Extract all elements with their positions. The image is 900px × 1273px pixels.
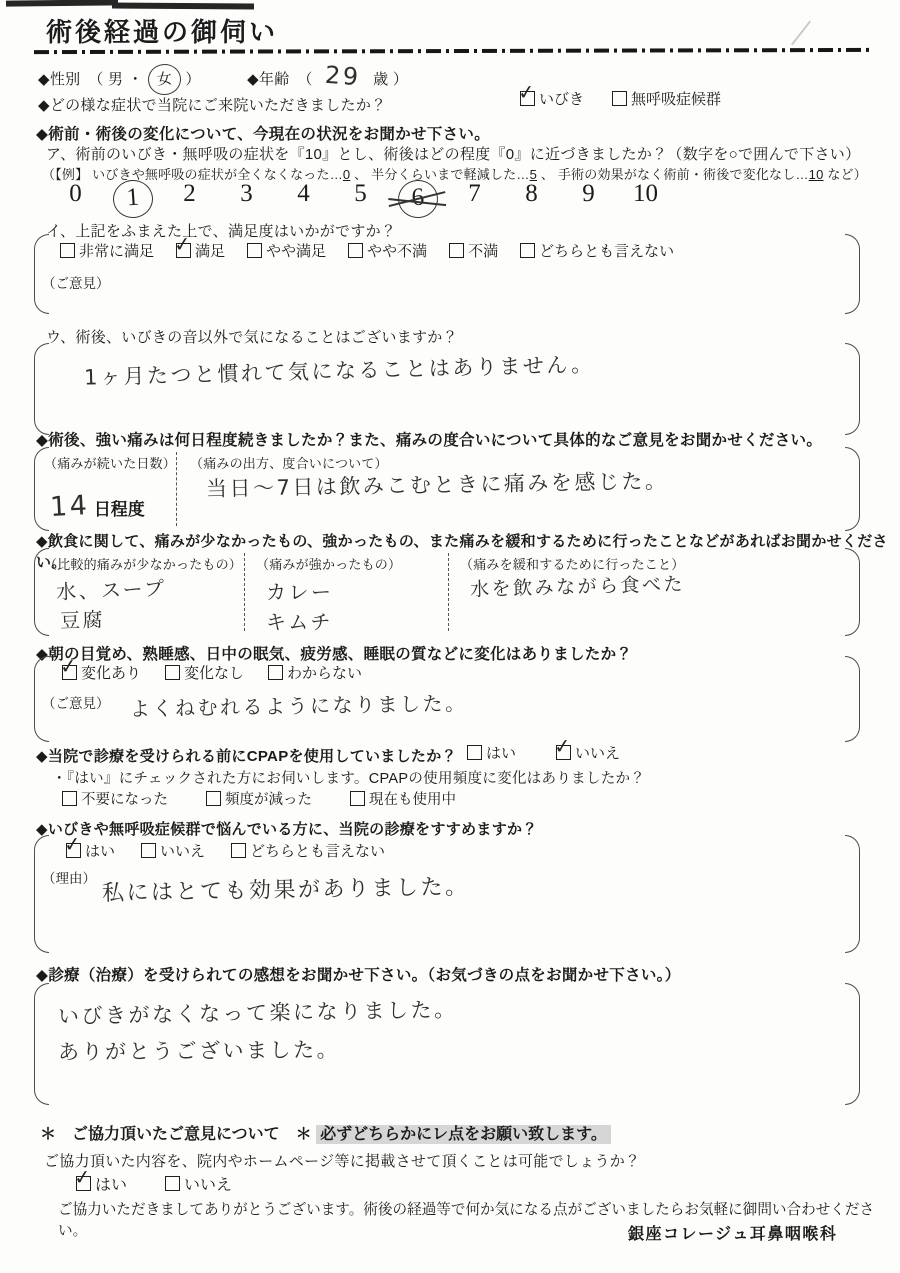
food-panel: （比較的痛みが少なかったもの） （痛みが強かったもの） （痛みを緩和するために行… (34, 548, 860, 636)
scale-number-8[interactable]: 8 (503, 180, 560, 218)
option-somewhat-satisfied[interactable]: やや満足 (247, 240, 326, 261)
sleep-comment-handwritten: よくねむれるようになりました。 (130, 687, 468, 722)
handwritten-circle-crossed-out: 6 (396, 179, 439, 220)
handwritten-circle: 1 (111, 179, 154, 220)
option-apnea[interactable]: 無呼吸症候群 (612, 88, 721, 109)
checkbox-icon[interactable] (165, 665, 180, 680)
option-label: いいえ (160, 840, 205, 861)
scale-number-5[interactable]: 5 (332, 180, 389, 218)
cpap-followup: ・『はい』にチェックされた方にお伺いします。CPAPの使用頻度に変化はありました… (52, 767, 645, 788)
checkbox-icon[interactable] (165, 1176, 180, 1191)
food-col2-line1-handwritten: カレー (266, 576, 334, 605)
age-close: 歳 ） (373, 71, 408, 88)
option-recommend-yes[interactable]: はい (66, 840, 115, 861)
option-publish-yes[interactable]: はい (76, 1172, 127, 1195)
scanned-questionnaire: 術後経過の御伺い ◆性別 （ 男 ・ 女 ） ◆年齢 （ 29 歳 ） ◆どの様… (0, 0, 900, 1273)
option-somewhat-dissatisfied[interactable]: やや不満 (348, 240, 427, 261)
comment-label: （ご意見） (42, 272, 110, 292)
option-recommend-no[interactable]: いいえ (141, 840, 205, 861)
option-label: 不要になった (81, 788, 168, 809)
sleep-options: 変化あり 変化なし わからない (62, 662, 362, 683)
footer-note-prefix: ＊ ご協力頂いたご意見について ＊ (40, 1126, 316, 1143)
option-label: 頻度が減った (225, 788, 312, 809)
checkbox-icon[interactable] (62, 665, 77, 680)
option-label: どちらとも言えない (539, 240, 674, 261)
checkbox-icon[interactable] (176, 243, 191, 258)
option-label: はい (85, 840, 115, 861)
scan-artifact (791, 21, 811, 46)
cpap-question: ◆当院で診療を受けられる前にCPAPを使用していましたか？ (36, 745, 457, 766)
checkbox-icon[interactable] (231, 843, 246, 858)
column-divider (244, 553, 245, 631)
option-label: 変化なし (184, 662, 244, 683)
impression-line2-handwritten: ありがとうございました。 (58, 1034, 340, 1066)
option-recommend-neither[interactable]: どちらとも言えない (231, 840, 385, 861)
pain-detail-label: （痛みの出方、度合いについて） (190, 453, 388, 472)
option-label: やや満足 (266, 240, 326, 261)
scale-number-10[interactable]: 10 (617, 180, 674, 218)
option-label: やや不満 (367, 240, 427, 261)
option-label: いいえ (575, 742, 620, 763)
option-neither[interactable]: どちらとも言えない (520, 240, 674, 261)
title-divider (34, 48, 874, 54)
scan-artifact (6, 0, 118, 7)
option-label: 現在も使用中 (369, 788, 456, 809)
comment-label: （ご意見） (42, 692, 110, 712)
cpap-followup-options: 不要になった 頻度が減った 現在も使用中 (62, 788, 456, 809)
scale-number-0[interactable]: 0 (47, 180, 104, 218)
age-value-handwritten: 29 (324, 61, 361, 91)
scale-number-9[interactable]: 9 (560, 180, 617, 218)
pain-panel: （痛みが続いた日数） （痛みの出方、度合いについて） 14 日程度 当日～7日は… (34, 447, 860, 531)
food-col2-line2-handwritten: キムチ (266, 606, 333, 635)
option-label: いいえ (184, 1172, 232, 1195)
scale-number-7[interactable]: 7 (446, 180, 503, 218)
scale-number-1[interactable]: 1 (104, 180, 161, 218)
scale-number-6[interactable]: 6 (389, 180, 446, 218)
checkbox-icon[interactable] (350, 791, 365, 806)
checkbox-icon[interactable] (66, 843, 81, 858)
pain-days-label: （痛みが続いた日数） (44, 453, 176, 472)
page-title: 術後経過の御伺い (46, 12, 278, 49)
pain-days-handwritten: 14 (49, 490, 90, 523)
checkbox-icon[interactable] (76, 1176, 91, 1191)
option-cpap-yes[interactable]: はい (467, 742, 516, 763)
checkbox-icon[interactable] (268, 665, 283, 680)
checkbox-icon[interactable] (60, 243, 75, 258)
food-col1-label: （比較的痛みが少なかったもの） (44, 554, 242, 573)
option-label: はい (95, 1172, 127, 1195)
checkbox-icon[interactable] (556, 745, 571, 760)
option-no-change[interactable]: 変化なし (165, 662, 244, 683)
option-label: わからない (287, 662, 362, 683)
option-frequency-decreased[interactable]: 頻度が減った (206, 788, 312, 809)
symptom-options: いびき 無呼吸症候群 (520, 88, 721, 109)
option-unsure[interactable]: わからない (268, 662, 362, 683)
profile-row: ◆性別 （ 男 ・ 女 ） ◆年齢 （ 29 歳 ） (38, 62, 408, 95)
cpap-options: はい いいえ (467, 742, 620, 763)
option-satisfied[interactable]: 満足 (176, 240, 225, 261)
scale-number-4[interactable]: 4 (275, 180, 332, 218)
option-label: 無呼吸症候群 (631, 88, 721, 109)
option-label: 満足 (195, 240, 225, 261)
option-dissatisfied[interactable]: 不満 (449, 240, 498, 261)
sleep-panel: 変化あり 変化なし わからない （ご意見） よくねむれるようになりました。 (34, 656, 860, 742)
checkbox-icon[interactable] (612, 91, 627, 106)
scale-number-3[interactable]: 3 (218, 180, 275, 218)
change-heading: ◆術前・術後の変化について、今現在の状況をお聞かせ下さい。 (36, 122, 490, 144)
footer-note-highlight: 必ずどちらかにレ点をお願い致します。 (316, 1125, 611, 1144)
satisfaction-options: 非常に満足 満足 やや満足 やや不満 不満 どちらとも言えない (60, 240, 674, 261)
example-ten: 10 (809, 167, 824, 182)
scale-number-2[interactable]: 2 (161, 180, 218, 218)
symptom-question: ◆どの様な症状で当院にご来院いただきましたか？ (38, 94, 386, 115)
option-label: 非常に満足 (79, 240, 154, 261)
option-label: 不満 (468, 240, 498, 261)
sex-close: ） (185, 71, 200, 88)
scan-artifact (112, 3, 254, 10)
option-changed[interactable]: 変化あり (62, 662, 141, 683)
option-publish-no[interactable]: いいえ (165, 1172, 232, 1195)
publish-options: はい いいえ (76, 1172, 232, 1195)
age-label: ◆年齢 （ (247, 71, 313, 88)
checkbox-icon[interactable] (247, 243, 262, 258)
option-cpap-no[interactable]: いいえ (556, 742, 620, 763)
footer-note: ＊ ご協力頂いたご意見について ＊ 必ずどちらかにレ点をお願い致します。 (40, 1121, 611, 1144)
impression-panel: いびきがなくなって楽になりました。 ありがとうございました。 (34, 983, 860, 1105)
checkbox-icon[interactable] (520, 243, 535, 258)
satisfaction-panel: 非常に満足 満足 やや満足 やや不満 不満 どちらとも言えない (34, 234, 860, 314)
checkbox-icon[interactable] (206, 791, 221, 806)
option-no-longer-needed[interactable]: 不要になった (62, 788, 168, 809)
option-very-satisfied[interactable]: 非常に満足 (60, 240, 154, 261)
food-col1-line2-handwritten: 豆腐 (60, 603, 106, 634)
column-divider (176, 452, 177, 526)
option-label: 変化あり (81, 662, 141, 683)
food-col3-handwritten: 水を飲みながら食べた (470, 569, 686, 602)
sex-label: ◆性別 （ 男 ・ (38, 71, 143, 88)
pain-days-unit: 日程度 (94, 500, 145, 519)
option-still-using[interactable]: 現在も使用中 (350, 788, 456, 809)
other-panel: 1ヶ月たつと慣れて気になることはありません。 (34, 343, 860, 435)
other-answer-handwritten: 1ヶ月たつと慣れて気になることはありません。 (84, 348, 595, 391)
food-col1-line1-handwritten: 水、スープ (56, 572, 167, 605)
option-label: はい (486, 742, 516, 763)
change-sub-a: ア、術前のいびき・無呼吸の症状を『10』とし、術後はどの程度『0』に近づきました… (46, 143, 860, 164)
option-label: どちらとも言えない (250, 840, 385, 861)
publish-question: ご協力頂いた内容を、院内やホームページ等に掲載させて頂くことは可能でしょうか？ (44, 1150, 640, 1171)
column-divider (448, 553, 449, 631)
option-label: いびき (539, 88, 584, 109)
checkbox-icon[interactable] (467, 745, 482, 760)
reason-label: （理由） (42, 867, 96, 887)
impression-heading: ◆診療（治療）を受けられての感想をお聞かせ下さい。（お気づきの点をお聞かせ下さい… (36, 963, 681, 985)
sex-female-circled[interactable]: 女 (146, 62, 182, 96)
food-col2-label: （痛みが強かったもの） (256, 554, 401, 573)
recommend-reason-handwritten: 私にはとても効果がありました。 (102, 870, 470, 907)
pain-days-value: 14 日程度 (50, 491, 145, 522)
option-snoring[interactable]: いびき (520, 88, 584, 109)
example-text: など） (824, 167, 867, 182)
checkbox-icon[interactable] (449, 243, 464, 258)
checkbox-icon[interactable] (348, 243, 363, 258)
recommend-panel: はい いいえ どちらとも言えない （理由） 私にはとても効果がありました。 (34, 835, 860, 953)
checkbox-icon[interactable] (141, 843, 156, 858)
clinic-name: 銀座コレージュ耳鼻咽喉科 (628, 1221, 837, 1244)
impression-line1-handwritten: いびきがなくなって楽になりました。 (58, 994, 458, 1031)
checkbox-icon[interactable] (62, 791, 77, 806)
recommend-options: はい いいえ どちらとも言えない (66, 840, 385, 861)
rating-scale: 0 1 2 3 4 5 6 7 8 9 10 (47, 180, 674, 218)
checkbox-icon[interactable] (520, 91, 535, 106)
